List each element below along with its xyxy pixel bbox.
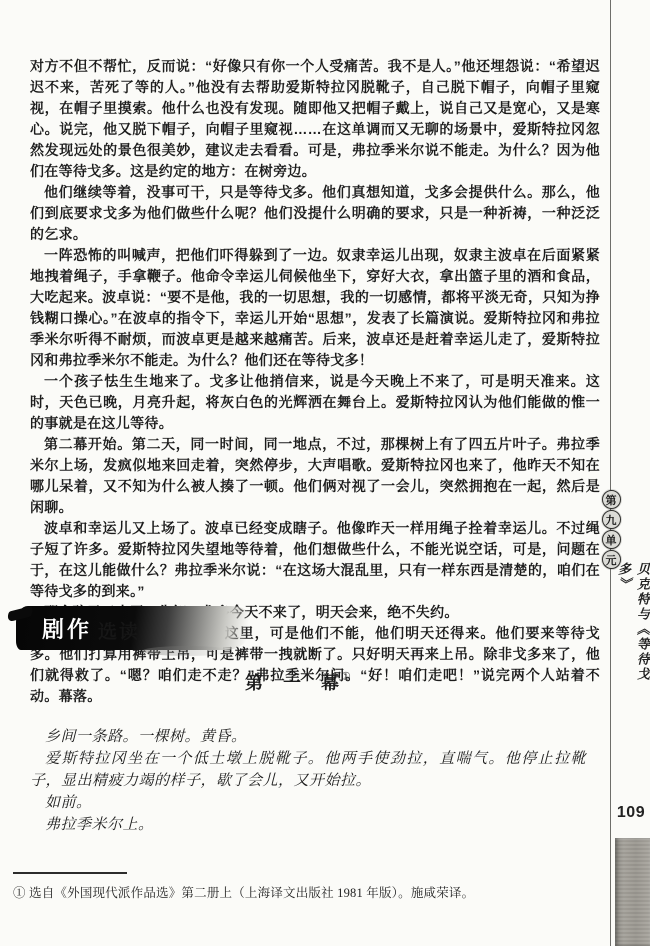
section-banner-brush: 剧作 选读 <box>16 606 250 650</box>
page-number: 109 <box>614 804 648 822</box>
intro-paragraph: 一个孩子怯生生地来了。戈多让他捎信来，说是今天晚上不来了，可是明天准来。这时，天… <box>30 371 600 434</box>
footnote-reference-mark: ① <box>341 671 352 683</box>
scan-book-edge <box>615 838 650 946</box>
section-banner-label-sub: 选读 <box>98 617 140 644</box>
stage-direction-line: 乡间一条路。一棵树。黄昏。 <box>30 726 586 748</box>
unit-label-char: 第 <box>602 490 621 509</box>
stage-directions: 乡间一条路。一棵树。黄昏。 爱斯特拉冈坐在一个低土墩上脱靴子。他两手使劲拉，直喘… <box>30 726 586 836</box>
textbook-page: 对方不但不帮忙，反而说：“好像只有你一个人受痛苦。我不是人。”他还埋怨说：“希望… <box>0 0 650 946</box>
act-title: 第 一 幕① <box>245 669 351 695</box>
section-banner-label-main: 剧作 <box>42 613 92 644</box>
stage-direction-line: 弗拉季米尔上。 <box>30 814 586 836</box>
intro-paragraph: 一阵恐怖的叫喊声，把他们吓得躲到了一边。奴隶幸运儿出现，奴隶主波卓在后面紧紧地拽… <box>30 245 600 371</box>
sidebar-lesson-title: 贝克特与《等待戈多》 <box>614 562 650 702</box>
intro-paragraph: 他们继续等着，没事可干，只是等待戈多。他们真想知道，戈多会提供什么。那么，他们到… <box>30 182 600 245</box>
unit-label-char: 九 <box>602 510 621 529</box>
stage-direction-line: 爱斯特拉冈坐在一个低土墩上脱靴子。他两手使劲拉，直喘气。他停止拉靴子，显出精疲力… <box>30 748 586 792</box>
intro-paragraph: 波卓和幸运儿又上场了。波卓已经变成瞎子。他像昨天一样用绳子拴着幸运儿。不过绳子短… <box>30 518 600 602</box>
unit-label: 第 九 单 元 <box>601 490 621 570</box>
stage-direction-line: 如前。 <box>30 792 586 814</box>
unit-label-char: 单 <box>602 530 621 549</box>
sidebar-vertical-rule <box>610 0 611 946</box>
intro-paragraph: 对方不但不帮忙，反而说：“好像只有你一个人受痛苦。我不是人。”他还埋怨说：“希望… <box>30 56 600 182</box>
intro-paragraph: 第二幕开始。第二天，同一时间，同一地点，不过，那棵树上有了四五片叶子。弗拉季米尔… <box>30 434 600 518</box>
footnote-divider <box>13 872 127 874</box>
footnote-text: ① 选自《外国现代派作品选》第二册上（上海译文出版社 1981 年版）。施咸荣译… <box>13 885 573 902</box>
act-title-text: 第 一 幕 <box>245 673 340 693</box>
